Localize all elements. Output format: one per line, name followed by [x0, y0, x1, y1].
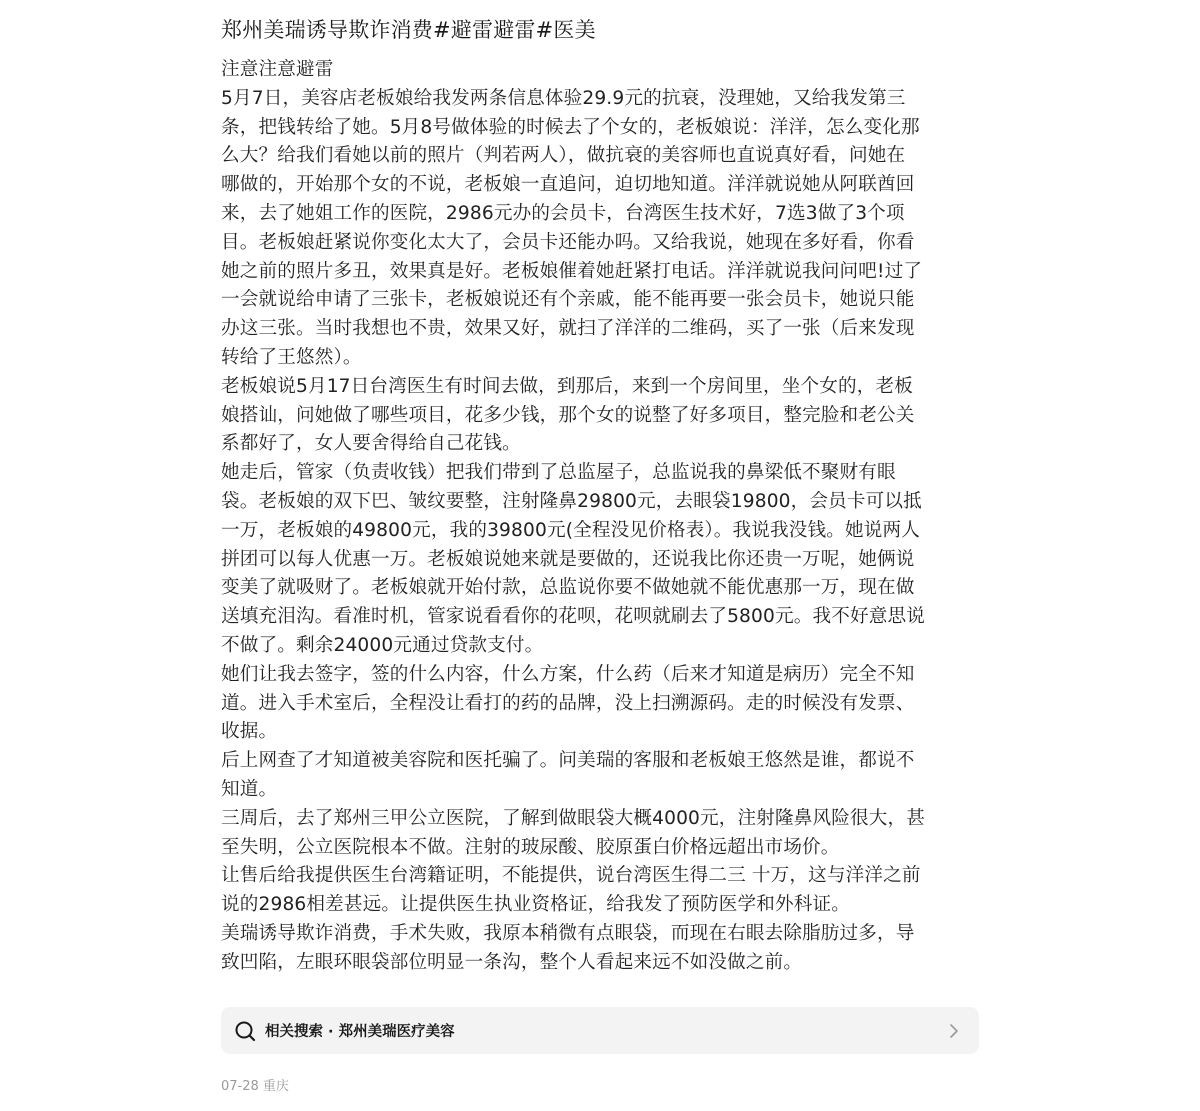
- paragraph-line: 至失明，公立医院根本不做。注射的玻尿酸、胶原蛋白价格远超出市场价。: [221, 834, 981, 863]
- paragraph-line: 来，去了她姐工作的医院，2986元办的会员卡，台湾医生技术好，7选3做了3个项: [221, 200, 981, 229]
- paragraph-line: 美瑞诱导欺诈消费，手术失败，我原本稍微有点眼袋，而现在右眼去除脂肪过多，导: [221, 920, 981, 949]
- search-icon: [234, 1020, 256, 1042]
- paragraph-line: 她走后，管家（负责收钱）把我们带到了总监屋子，总监说我的鼻梁低不聚财有眼: [221, 459, 981, 488]
- paragraph-line: 袋。老板娘的双下巴、皱纹要整，注射隆鼻29800元，去眼袋19800，会员卡可以…: [221, 488, 981, 517]
- paragraph-line: 老板娘说5月17日台湾医生有时间去做，到那后，来到一个房间里，坐个女的，老板: [221, 373, 981, 402]
- paragraph-line: 娘搭讪，问她做了哪些项目，花多少钱，那个女的说整了好多项目，整完脸和老公关: [221, 402, 981, 431]
- paragraph-line: 哪做的，开始那个女的不说，老板娘一直追问，迫切地知道。洋洋就说她从阿联酋回: [221, 171, 981, 200]
- paragraph-line: 注意注意避雷: [221, 56, 981, 85]
- paragraph-line: 她们让我去签字，签的什么内容，什么方案，什么药（后来才知道是病历）完全不知: [221, 661, 981, 690]
- paragraph-line: 三周后，去了郑州三甲公立医院，了解到做眼袋大概4000元，注射隆鼻风险很大，甚: [221, 805, 981, 834]
- paragraph-line: 目。老板娘赶紧说你变化太大了，会员卡还能办吗。又给我说，她现在多好看，你看: [221, 229, 981, 258]
- paragraph-line: 变美了就吸财了。老板娘就开始付款，总监说你要不做她就不能优惠那一万，现在做: [221, 574, 981, 603]
- post-paragraph: 5月7日，美容店老板娘给我发两条信息体验29.9元的抗衰，没理她，又给我发第三条…: [221, 85, 981, 373]
- paragraph-line: 拼团可以每人优惠一万。老板娘说她来就是要做的，还说我比你还贵一万呢，她俩说: [221, 546, 981, 575]
- paragraph-line: 道。进入手术室后，全程没让看打的药的品牌，没上扫溯源码。走的时候没有发票、: [221, 690, 981, 719]
- paragraph-line: 送填充泪沟。看准时机，管家说看看你的花呗，花呗就刷去了5800元。我不好意思说: [221, 603, 981, 632]
- paragraph-line: 么大？给我们看她以前的照片（判若两人），做抗衰的美容师也直说真好看，问她在: [221, 142, 981, 171]
- post-paragraph: 让售后给我提供医生台湾籍证明，不能提供，说台湾医生得二三 十万，这与洋洋之前说的…: [221, 862, 981, 920]
- paragraph-line: 她之前的照片多丑，效果真是好。老板娘催着她赶紧打电话。洋洋就说我问问吧!过了: [221, 258, 981, 287]
- chevron-right-icon: [947, 1022, 961, 1040]
- post-paragraph: 三周后，去了郑州三甲公立医院，了解到做眼袋大概4000元，注射隆鼻风险很大，甚至…: [221, 805, 981, 863]
- paragraph-line: 知道。: [221, 776, 981, 805]
- related-search-label: 相关搜索 · 郑州美瑞医疗美容: [265, 1020, 455, 1041]
- post-subtitle: 注意注意避雷: [221, 56, 981, 85]
- paragraph-line: 办这三张。当时我想也不贵，效果又好，就扫了洋洋的二维码，买了一张（后来发现: [221, 315, 981, 344]
- post-date-location: 07-28 重庆: [221, 1075, 289, 1094]
- post-paragraph: 后上网查了才知道被美容院和医托骗了。问美瑞的客服和老板娘王悠然是谁，都说不知道。: [221, 747, 981, 805]
- paragraph-line: 一会就说给申请了三张卡，老板娘说还有个亲戚，能不能再要一张会员卡，她说只能: [221, 286, 981, 315]
- paragraph-line: 转给了王悠然）。: [221, 344, 981, 373]
- paragraph-line: 不做了。剩余24000元通过贷款支付。: [221, 632, 981, 661]
- post-paragraph: 美瑞诱导欺诈消费，手术失败，我原本稍微有点眼袋，而现在右眼去除脂肪过多，导致凹陷…: [221, 920, 981, 978]
- paragraph-line: 系都好了，女人要舍得给自己花钱。: [221, 430, 981, 459]
- post-content: 郑州美瑞诱导欺诈消费#避雷避雷#医美 注意注意避雷5月7日，美容店老板娘给我发两…: [221, 14, 981, 978]
- post-title: 郑州美瑞诱导欺诈消费#避雷避雷#医美: [221, 14, 981, 46]
- post-paragraph: 她走后，管家（负责收钱）把我们带到了总监屋子，总监说我的鼻梁低不聚财有眼袋。老板…: [221, 459, 981, 661]
- post-paragraph: 老板娘说5月17日台湾医生有时间去做，到那后，来到一个房间里，坐个女的，老板娘搭…: [221, 373, 981, 459]
- paragraph-line: 条，把钱转给了她。5月8号做体验的时候去了个女的，老板娘说：洋洋，怎么变化那: [221, 114, 981, 143]
- paragraph-line: 收据。: [221, 718, 981, 747]
- paragraph-line: 致凹陷，左眼环眼袋部位明显一条沟，整个人看起来远不如没做之前。: [221, 949, 981, 978]
- post-paragraph: 她们让我去签字，签的什么内容，什么方案，什么药（后来才知道是病历）完全不知道。进…: [221, 661, 981, 747]
- paragraph-line: 说的2986相差甚远。让提供医生执业资格证，给我发了预防医学和外科证。: [221, 891, 981, 920]
- paragraph-line: 5月7日，美容店老板娘给我发两条信息体验29.9元的抗衰，没理她，又给我发第三: [221, 85, 981, 114]
- paragraph-line: 让售后给我提供医生台湾籍证明，不能提供，说台湾医生得二三 十万，这与洋洋之前: [221, 862, 981, 891]
- paragraph-line: 一万，老板娘的49800元，我的39800元(全程没见价格表）。我说我没钱。她说…: [221, 517, 981, 546]
- paragraph-line: 后上网查了才知道被美容院和医托骗了。问美瑞的客服和老板娘王悠然是谁，都说不: [221, 747, 981, 776]
- post-body: 注意注意避雷5月7日，美容店老板娘给我发两条信息体验29.9元的抗衰，没理她，又…: [221, 56, 981, 978]
- related-search-button[interactable]: 相关搜索 · 郑州美瑞医疗美容: [221, 1007, 979, 1054]
